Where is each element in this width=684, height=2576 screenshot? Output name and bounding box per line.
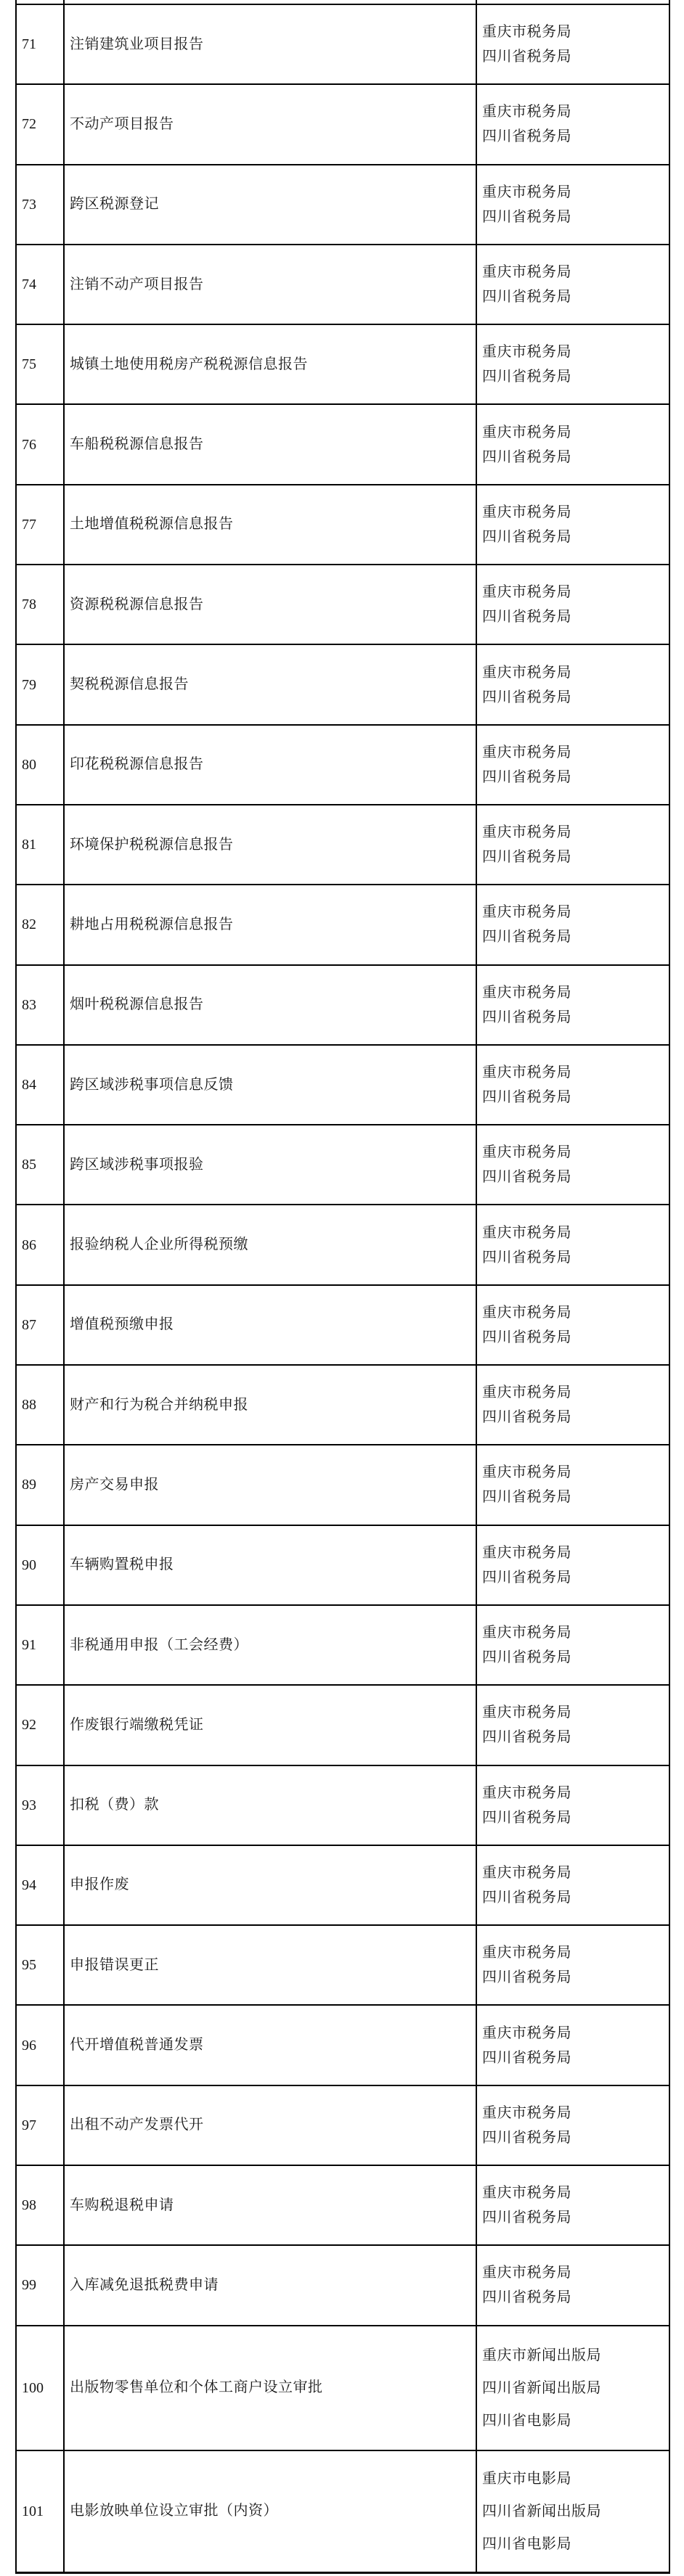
agencies-cell: 重庆市税务局四川省税务局 — [477, 1366, 669, 1444]
agency-name: 四川省新闻出版局 — [482, 2499, 669, 2524]
agency-name: 四川省税务局 — [482, 924, 669, 949]
item-name-cell: 土地增值税税源信息报告 — [65, 485, 477, 564]
item-name: 申报作废 — [70, 1875, 476, 1895]
row-number-cell: 80 — [17, 726, 65, 804]
row-number: 93 — [22, 1797, 63, 1814]
table-row: 100出版物零售单位和个体工商户设立审批重庆市新闻出版局四川省新闻出版局四川省电… — [17, 2326, 669, 2451]
item-name-cell: 出租不动产发票代开 — [65, 2086, 477, 2165]
agency-name: 重庆市税务局 — [482, 420, 669, 445]
row-number-cell: 90 — [17, 1526, 65, 1604]
row-number-cell: 86 — [17, 1205, 65, 1284]
item-name: 报验纳税人企业所得税预缴 — [70, 1235, 476, 1255]
agency-name: 重庆市税务局 — [482, 1541, 669, 1565]
item-name: 车辆购置税申报 — [70, 1555, 476, 1575]
item-name: 注销不动产项目报告 — [70, 275, 476, 295]
row-number: 97 — [22, 2117, 63, 2134]
row-number-cell: 100 — [17, 2326, 65, 2450]
row-number-cell: 78 — [17, 565, 65, 644]
item-name: 跨区域涉税事项报验 — [70, 1155, 476, 1175]
agency-name: 四川省电影局 — [482, 2532, 669, 2556]
table-row: 78资源税税源信息报告重庆市税务局四川省税务局 — [17, 565, 669, 645]
item-name-cell: 跨区域涉税事项信息反馈 — [65, 1046, 477, 1124]
agency-name: 重庆市税务局 — [482, 900, 669, 924]
row-number-cell: 88 — [17, 1366, 65, 1444]
table-row: 82耕地占用税税源信息报告重庆市税务局四川省税务局 — [17, 885, 669, 965]
agencies-cell: 重庆市税务局四川省税务局 — [477, 885, 669, 964]
agency-name: 重庆市电影局 — [482, 2466, 669, 2491]
table-row: 99入库减免退抵税费申请重庆市税务局四川省税务局 — [17, 2246, 669, 2326]
item-name-cell: 跨区域涉税事项报验 — [65, 1125, 477, 1204]
row-number: 85 — [22, 1156, 63, 1173]
row-number-cell: 84 — [17, 1046, 65, 1124]
row-number-cell: 96 — [17, 2006, 65, 2084]
agency-name: 四川省税务局 — [482, 1005, 669, 1030]
row-number-cell: 98 — [17, 2166, 65, 2244]
item-name: 车购税退税申请 — [70, 2196, 476, 2215]
agencies-cell: 重庆市税务局四川省税务局 — [477, 165, 669, 244]
row-number-cell: 93 — [17, 1766, 65, 1845]
item-name: 代开增值税普通发票 — [70, 2035, 476, 2055]
row-number: 101 — [22, 2503, 63, 2520]
row-number-cell: 89 — [17, 1445, 65, 1524]
agency-name: 重庆市税务局 — [482, 20, 669, 44]
agency-name: 四川省税务局 — [482, 685, 669, 710]
table-row: 86报验纳税人企业所得税预缴重庆市税务局四川省税务局 — [17, 1205, 669, 1285]
agency-name: 重庆市税务局 — [482, 180, 669, 205]
table-row: 77土地增值税税源信息报告重庆市税务局四川省税务局 — [17, 485, 669, 565]
item-name-cell: 出版物零售单位和个体工商户设立审批 — [65, 2326, 477, 2450]
row-number-cell — [17, 0, 65, 4]
item-name-cell: 注销不动产项目报告 — [65, 245, 477, 324]
item-name: 印花税税源信息报告 — [70, 755, 476, 774]
agencies-cell: 重庆市税务局四川省税务局 — [477, 726, 669, 804]
item-name-cell: 申报错误更正 — [65, 1926, 477, 2004]
agency-name: 四川省税务局 — [482, 1565, 669, 1590]
agencies-cell: 重庆市电影局四川省新闻出版局四川省电影局 — [477, 2451, 669, 2572]
row-number-cell: 74 — [17, 245, 65, 324]
agency-name: 重庆市税务局 — [482, 1221, 669, 1245]
row-number: 87 — [22, 1316, 63, 1334]
table-row: 95申报错误更正重庆市税务局四川省税务局 — [17, 1926, 669, 2006]
item-name: 契税税源信息报告 — [70, 675, 476, 694]
agency-name: 四川省税务局 — [482, 765, 669, 789]
item-name-cell: 契税税源信息报告 — [65, 645, 477, 723]
agency-name: 重庆市税务局 — [482, 1781, 669, 1805]
agencies-cell: 重庆市税务局四川省税务局 — [477, 1205, 669, 1284]
agency-name: 四川省税务局 — [482, 1405, 669, 1429]
row-number: 78 — [22, 596, 63, 613]
row-number-cell: 83 — [17, 966, 65, 1044]
row-number: 86 — [22, 1236, 63, 1254]
item-name: 增值税预缴申报 — [70, 1315, 476, 1334]
agency-name: 重庆市税务局 — [482, 2260, 669, 2285]
item-name-cell: 环境保护税税源信息报告 — [65, 805, 477, 884]
item-name-cell: 电影放映单位设立审批（内资） — [65, 2451, 477, 2572]
item-name-cell: 注销建筑业项目报告 — [65, 5, 477, 83]
agency-name: 重庆市税务局 — [482, 2021, 669, 2046]
row-number: 92 — [22, 1716, 63, 1734]
table-row: 92作废银行端缴税凭证重庆市税务局四川省税务局 — [17, 1686, 669, 1765]
item-name: 跨区域涉税事项信息反馈 — [70, 1075, 476, 1095]
row-number: 88 — [22, 1396, 63, 1414]
document-page: 71注销建筑业项目报告重庆市税务局四川省税务局72不动产项目报告重庆市税务局四川… — [0, 0, 684, 2576]
agency-name: 四川省税务局 — [482, 445, 669, 469]
row-number-cell: 81 — [17, 805, 65, 884]
agencies-cell: 重庆市税务局四川省税务局 — [477, 1445, 669, 1524]
agency-name: 重庆市税务局 — [482, 99, 669, 124]
agencies-cell — [477, 0, 669, 4]
row-number-cell: 77 — [17, 485, 65, 564]
agency-name: 重庆市税务局 — [482, 500, 669, 525]
item-name: 烟叶税税源信息报告 — [70, 995, 476, 1014]
table-row: 74注销不动产项目报告重庆市税务局四川省税务局 — [17, 245, 669, 325]
agencies-cell: 重庆市税务局四川省税务局 — [477, 485, 669, 564]
agency-name: 重庆市税务局 — [482, 740, 669, 765]
agency-name: 四川省税务局 — [482, 2046, 669, 2070]
row-number: 76 — [22, 436, 63, 454]
row-number-cell: 72 — [17, 85, 65, 163]
row-number: 99 — [22, 2276, 63, 2294]
item-name: 出租不动产发票代开 — [70, 2115, 476, 2135]
row-number: 100 — [22, 2379, 63, 2397]
table-row: 75城镇土地使用税房产税税源信息报告重庆市税务局四川省税务局 — [17, 325, 669, 405]
agency-name: 四川省税务局 — [482, 1165, 669, 1189]
item-name: 扣税（费）款 — [70, 1795, 476, 1815]
item-name: 资源税税源信息报告 — [70, 595, 476, 615]
table-row: 97出租不动产发票代开重庆市税务局四川省税务局 — [17, 2086, 669, 2166]
agencies-cell: 重庆市税务局四川省税务局 — [477, 2166, 669, 2244]
agency-name: 四川省税务局 — [482, 2285, 669, 2310]
agency-name: 四川省税务局 — [482, 1965, 669, 1990]
table-row: 83烟叶税税源信息报告重庆市税务局四川省税务局 — [17, 966, 669, 1046]
agencies-cell: 重庆市税务局四川省税务局 — [477, 2246, 669, 2324]
row-number: 79 — [22, 676, 63, 694]
row-number-cell: 79 — [17, 645, 65, 723]
row-number: 89 — [22, 1476, 63, 1493]
agencies-cell: 重庆市税务局四川省税务局 — [477, 2006, 669, 2084]
agency-name: 重庆市税务局 — [482, 580, 669, 604]
item-name: 车船税税源信息报告 — [70, 435, 476, 454]
item-name: 跨区税源登记 — [70, 194, 476, 214]
row-number-cell: 92 — [17, 1686, 65, 1764]
item-name-cell: 作废银行端缴税凭证 — [65, 1686, 477, 1764]
row-number-cell: 87 — [17, 1286, 65, 1364]
agencies-cell: 重庆市税务局四川省税务局 — [477, 1286, 669, 1364]
row-number-cell: 94 — [17, 1846, 65, 1924]
agencies-cell: 重庆市新闻出版局四川省新闻出版局四川省电影局 — [477, 2326, 669, 2450]
item-name-cell: 报验纳税人企业所得税预缴 — [65, 1205, 477, 1284]
row-number: 77 — [22, 516, 63, 533]
row-number-cell: 75 — [17, 325, 65, 403]
table-row: 87增值税预缴申报重庆市税务局四川省税务局 — [17, 1286, 669, 1366]
agency-name: 四川省税务局 — [482, 1645, 669, 1670]
agency-name: 重庆市税务局 — [482, 820, 669, 845]
item-name-cell: 增值税预缴申报 — [65, 1286, 477, 1364]
agency-name: 重庆市税务局 — [482, 1300, 669, 1325]
row-number-cell: 97 — [17, 2086, 65, 2165]
table-row: 76车船税税源信息报告重庆市税务局四川省税务局 — [17, 405, 669, 485]
table-row: 72不动产项目报告重庆市税务局四川省税务局 — [17, 85, 669, 165]
agencies-cell: 重庆市税务局四川省税务局 — [477, 405, 669, 483]
agencies-cell: 重庆市税务局四川省税务局 — [477, 565, 669, 644]
agency-name: 重庆市税务局 — [482, 1140, 669, 1165]
item-name: 财产和行为税合并纳税申报 — [70, 1395, 476, 1415]
agency-name: 四川省新闻出版局 — [482, 2376, 669, 2400]
agencies-cell: 重庆市税务局四川省税务局 — [477, 966, 669, 1044]
agency-name: 重庆市税务局 — [482, 660, 669, 685]
agency-name: 四川省电影局 — [482, 2408, 669, 2433]
item-name-cell: 车购税退税申请 — [65, 2166, 477, 2244]
agencies-cell: 重庆市税务局四川省税务局 — [477, 1846, 669, 1924]
item-name-cell: 不动产项目报告 — [65, 85, 477, 163]
agency-name: 四川省税务局 — [482, 1725, 669, 1750]
table-row-partial — [17, 0, 669, 5]
agency-name: 重庆市税务局 — [482, 260, 669, 284]
row-number-cell: 91 — [17, 1606, 65, 1684]
agency-name: 四川省税务局 — [482, 44, 669, 69]
row-number: 96 — [22, 2037, 63, 2054]
row-number: 95 — [22, 1956, 63, 1974]
agency-name: 四川省税务局 — [482, 604, 669, 629]
row-number: 94 — [22, 1876, 63, 1894]
row-number: 81 — [22, 836, 63, 853]
agency-name: 四川省税务局 — [482, 124, 669, 149]
row-number: 98 — [22, 2196, 63, 2214]
row-number: 83 — [22, 996, 63, 1014]
agency-name: 重庆市税务局 — [482, 2101, 669, 2125]
agency-name: 重庆市税务局 — [482, 1380, 669, 1405]
item-name: 注销建筑业项目报告 — [70, 35, 476, 54]
table-row: 71注销建筑业项目报告重庆市税务局四川省税务局 — [17, 5, 669, 85]
agencies-cell: 重庆市税务局四川省税务局 — [477, 5, 669, 83]
item-name: 非税通用申报（工会经费） — [70, 1636, 476, 1655]
agencies-cell: 重庆市税务局四川省税务局 — [477, 325, 669, 403]
agencies-cell: 重庆市税务局四川省税务局 — [477, 1046, 669, 1124]
item-name-cell: 扣税（费）款 — [65, 1766, 477, 1845]
item-name: 耕地占用税税源信息报告 — [70, 915, 476, 935]
agency-name: 四川省税务局 — [482, 1325, 669, 1350]
agency-name: 重庆市税务局 — [482, 1620, 669, 1645]
item-name-cell: 耕地占用税税源信息报告 — [65, 885, 477, 964]
item-name: 土地增值税税源信息报告 — [70, 514, 476, 534]
row-number-cell: 73 — [17, 165, 65, 244]
item-name-cell — [65, 0, 477, 4]
agency-name: 四川省税务局 — [482, 525, 669, 549]
item-name: 房产交易申报 — [70, 1475, 476, 1495]
agency-name: 四川省税务局 — [482, 1245, 669, 1270]
agency-name: 四川省税务局 — [482, 845, 669, 869]
agency-name: 重庆市税务局 — [482, 340, 669, 364]
agencies-cell: 重庆市税务局四川省税务局 — [477, 1766, 669, 1845]
row-number-cell: 95 — [17, 1926, 65, 2004]
item-name-cell: 印花税税源信息报告 — [65, 726, 477, 804]
agency-name: 四川省税务局 — [482, 2205, 669, 2230]
row-number: 90 — [22, 1556, 63, 1574]
agency-name: 四川省税务局 — [482, 284, 669, 309]
table-row: 98车购税退税申请重庆市税务局四川省税务局 — [17, 2166, 669, 2246]
agencies-cell: 重庆市税务局四川省税务局 — [477, 2086, 669, 2165]
row-number: 91 — [22, 1636, 63, 1654]
table-row: 96代开增值税普通发票重庆市税务局四川省税务局 — [17, 2006, 669, 2085]
row-number-cell: 85 — [17, 1125, 65, 1204]
table-row: 80印花税税源信息报告重庆市税务局四川省税务局 — [17, 726, 669, 805]
item-name: 申报错误更正 — [70, 1956, 476, 1975]
approval-items-table: 71注销建筑业项目报告重庆市税务局四川省税务局72不动产项目报告重庆市税务局四川… — [15, 0, 670, 2574]
item-name: 环境保护税税源信息报告 — [70, 835, 476, 855]
agencies-cell: 重庆市税务局四川省税务局 — [477, 245, 669, 324]
table-row: 73跨区税源登记重庆市税务局四川省税务局 — [17, 165, 669, 245]
table-row: 79契税税源信息报告重庆市税务局四川省税务局 — [17, 645, 669, 725]
table-row: 85跨区域涉税事项报验重庆市税务局四川省税务局 — [17, 1125, 669, 1205]
item-name-cell: 非税通用申报（工会经费） — [65, 1606, 477, 1684]
agency-name: 重庆市税务局 — [482, 1940, 669, 1965]
agency-name: 四川省税务局 — [482, 205, 669, 229]
table-row: 94申报作废重庆市税务局四川省税务局 — [17, 1846, 669, 1926]
agency-name: 四川省税务局 — [482, 1805, 669, 1830]
agency-name: 四川省税务局 — [482, 2125, 669, 2150]
item-name-cell: 财产和行为税合并纳税申报 — [65, 1366, 477, 1444]
table-row: 93扣税（费）款重庆市税务局四川省税务局 — [17, 1766, 669, 1846]
agencies-cell: 重庆市税务局四川省税务局 — [477, 1526, 669, 1604]
agency-name: 重庆市税务局 — [482, 2181, 669, 2205]
agency-name: 四川省税务局 — [482, 1085, 669, 1109]
item-name-cell: 入库减免退抵税费申请 — [65, 2246, 477, 2324]
item-name: 城镇土地使用税房产税税源信息报告 — [70, 355, 476, 374]
table-row: 90车辆购置税申报重庆市税务局四川省税务局 — [17, 1526, 669, 1606]
row-number: 71 — [22, 36, 63, 53]
agency-name: 重庆市税务局 — [482, 1700, 669, 1725]
row-number: 84 — [22, 1076, 63, 1094]
item-name-cell: 资源税税源信息报告 — [65, 565, 477, 644]
agencies-cell: 重庆市税务局四川省税务局 — [477, 1606, 669, 1684]
table-row: 84跨区域涉税事项信息反馈重庆市税务局四川省税务局 — [17, 1046, 669, 1125]
table-row: 91非税通用申报（工会经费）重庆市税务局四川省税务局 — [17, 1606, 669, 1686]
agencies-cell: 重庆市税务局四川省税务局 — [477, 805, 669, 884]
item-name: 不动产项目报告 — [70, 115, 476, 134]
item-name: 出版物零售单位和个体工商户设立审批 — [70, 2378, 476, 2397]
row-number-cell: 71 — [17, 5, 65, 83]
agency-name: 重庆市税务局 — [482, 1460, 669, 1485]
table-row: 89房产交易申报重庆市税务局四川省税务局 — [17, 1445, 669, 1525]
table-row: 88财产和行为税合并纳税申报重庆市税务局四川省税务局 — [17, 1366, 669, 1445]
agencies-cell: 重庆市税务局四川省税务局 — [477, 645, 669, 723]
agency-name: 重庆市税务局 — [482, 1861, 669, 1885]
agency-name: 重庆市新闻出版局 — [482, 2343, 669, 2368]
item-name-cell: 城镇土地使用税房产税税源信息报告 — [65, 325, 477, 403]
row-number: 82 — [22, 916, 63, 933]
row-number-cell: 99 — [17, 2246, 65, 2324]
item-name-cell: 代开增值税普通发票 — [65, 2006, 477, 2084]
item-name: 入库减免退抵税费申请 — [70, 2276, 476, 2295]
item-name: 作废银行端缴税凭证 — [70, 1715, 476, 1735]
agency-name: 重庆市税务局 — [482, 980, 669, 1005]
agencies-cell: 重庆市税务局四川省税务局 — [477, 1926, 669, 2004]
row-number-cell: 76 — [17, 405, 65, 483]
row-number: 73 — [22, 196, 63, 213]
item-name-cell: 烟叶税税源信息报告 — [65, 966, 477, 1044]
agency-name: 四川省税务局 — [482, 364, 669, 389]
agency-name: 四川省税务局 — [482, 1885, 669, 1910]
agencies-cell: 重庆市税务局四川省税务局 — [477, 1686, 669, 1764]
item-name-cell: 房产交易申报 — [65, 1445, 477, 1524]
item-name-cell: 跨区税源登记 — [65, 165, 477, 244]
row-number: 72 — [22, 115, 63, 133]
item-name-cell: 车船税税源信息报告 — [65, 405, 477, 483]
item-name: 电影放映单位设立审批（内资） — [70, 2501, 476, 2521]
row-number-cell: 101 — [17, 2451, 65, 2572]
agency-name: 重庆市税务局 — [482, 1060, 669, 1085]
row-number: 75 — [22, 356, 63, 373]
agency-name: 四川省税务局 — [482, 1485, 669, 1509]
item-name-cell: 申报作废 — [65, 1846, 477, 1924]
item-name-cell: 车辆购置税申报 — [65, 1526, 477, 1604]
row-number: 80 — [22, 756, 63, 774]
agencies-cell: 重庆市税务局四川省税务局 — [477, 1125, 669, 1204]
table-row: 81环境保护税税源信息报告重庆市税务局四川省税务局 — [17, 805, 669, 885]
row-number-cell: 82 — [17, 885, 65, 964]
table-row: 101电影放映单位设立审批（内资）重庆市电影局四川省新闻出版局四川省电影局 — [17, 2451, 669, 2572]
row-number: 74 — [22, 276, 63, 293]
agencies-cell: 重庆市税务局四川省税务局 — [477, 85, 669, 163]
